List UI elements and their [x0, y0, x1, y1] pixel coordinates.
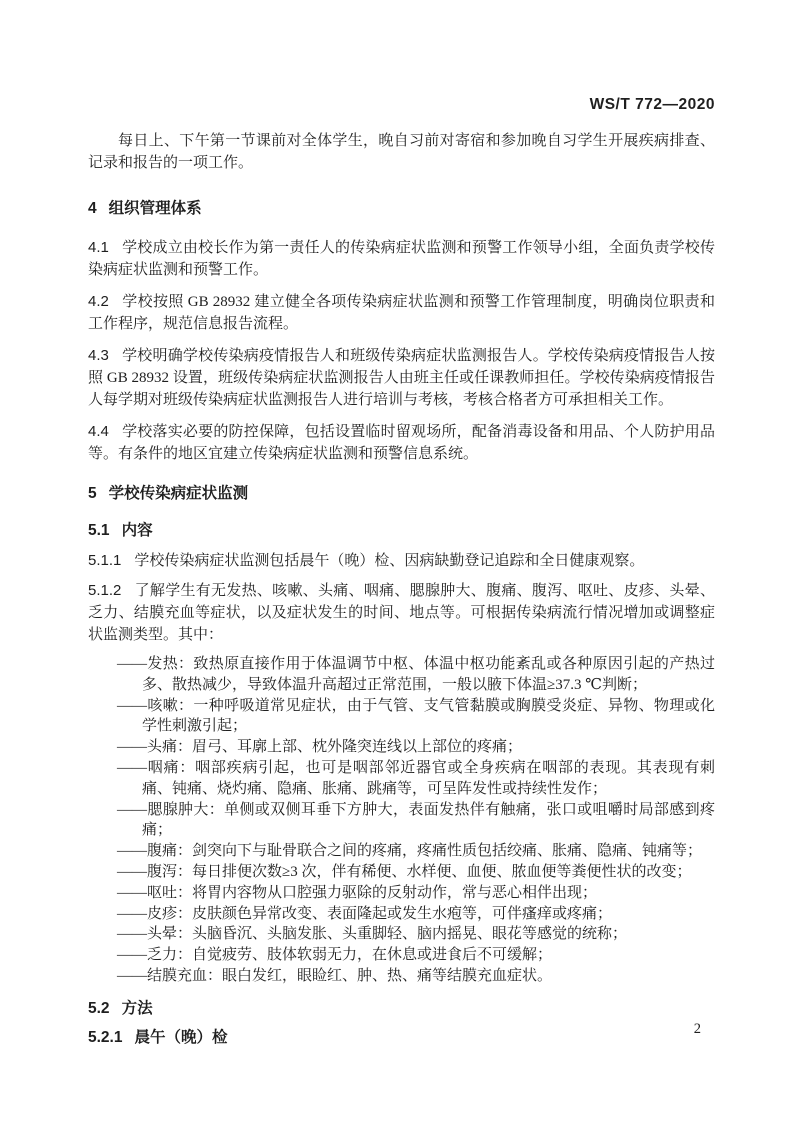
symptom-item-headache: ——头痛：眉弓、耳廓上部、枕外隆突连线以上部位的疼痛；: [117, 737, 715, 758]
symptom-item-rash: ——皮疹：皮肤颜色异常改变、表面隆起或发生水疱等，可伴瘙痒或疼痛；: [117, 904, 715, 925]
section-title: 内容: [122, 522, 153, 539]
clause-text: 了解学生有无发热、咳嗽、头痛、咽痛、腮腺肿大、腹痛、腹泻、呕吐、皮疹、头晕、乏力…: [88, 583, 715, 643]
symptom-item-dizziness: ——头晕：头脑昏沉、头脑发胀、头重脚轻、脑内摇晃、眼花等感觉的统称；: [117, 924, 715, 945]
clause-text: 学校明确学校传染病疫情报告人和班级传染病症状监测报告人。学校传染病疫情报告人按照…: [88, 348, 715, 408]
clause-text: 学校落实必要的防控保障，包括设置临时留观场所，配备消毒设备和用品、个人防护用品等…: [88, 424, 715, 462]
symptom-item-fatigue: ——乏力：自觉疲劳、肢体软弱无力，在休息或进食后不可缓解；: [117, 945, 715, 966]
section-heading-5-1: 5.1内容: [88, 520, 715, 542]
symptom-item-diarrhea: ——腹泻：每日排便次数≥3 次，伴有稀便、水样便、血便、脓血便等粪便性状的改变；: [117, 862, 715, 883]
clause-number: 4.2: [88, 293, 109, 310]
document-page: WS/T 772—2020 每日上、下午第一节课前对全体学生，晚自习前对寄宿和参…: [0, 0, 793, 1122]
section-title: 晨午（晚）检: [134, 1029, 227, 1046]
clause-number: 5.1.2: [88, 582, 121, 599]
clause-4-3: 4.3学校明确学校传染病疫情报告人和班级传染病症状监测报告人。学校传染病疫情报告…: [88, 345, 715, 411]
doc-code-header: WS/T 772—2020: [88, 94, 715, 116]
section-title: 学校传染病症状监测: [109, 485, 249, 502]
clause-text: 学校按照 GB 28932 建立健全各项传染病症状监测和预警工作管理制度，明确岗…: [88, 294, 715, 332]
symptom-definition-list: ——发热：致热原直接作用于体温调节中枢、体温中枢功能紊乱或各种原因引起的产热过多…: [88, 654, 715, 987]
section-number: 5: [88, 485, 97, 502]
section-title: 组织管理体系: [109, 200, 202, 217]
section-number: 5.1: [88, 522, 110, 539]
clause-5-1-2: 5.1.2了解学生有无发热、咳嗽、头痛、咽痛、腮腺肿大、腹痛、腹泻、呕吐、皮疹、…: [88, 580, 715, 646]
section-number: 5.2: [88, 1000, 110, 1017]
symptom-item-cough: ——咳嗽：一种呼吸道常见症状，由于气管、支气管黏膜或胸膜受炎症、异物、物理或化学…: [117, 696, 715, 738]
section-heading-5: 5学校传染病症状监测: [88, 483, 715, 505]
clause-4-1: 4.1学校成立由校长作为第一责任人的传染病症状监测和预警工作领导小组，全面负责学…: [88, 237, 715, 281]
symptom-item-abdominal-pain: ——腹痛：剑突向下与耻骨联合之间的疼痛，疼痛性质包括绞痛、胀痛、隐痛、钝痛等；: [117, 841, 715, 862]
section-number: 5.2.1: [88, 1029, 122, 1046]
symptom-item-fever: ——发热：致热原直接作用于体温调节中枢、体温中枢功能紊乱或各种原因引起的产热过多…: [117, 654, 715, 696]
page-number: 2: [694, 1018, 701, 1040]
symptom-item-conjunctival-congestion: ——结膜充血：眼白发红，眼睑红、肿、热、痛等结膜充血症状。: [117, 966, 715, 987]
clause-number: 4.1: [88, 239, 109, 256]
intro-paragraph: 每日上、下午第一节课前对全体学生，晚自习前对寄宿和参加晚自习学生开展疾病排查、记…: [88, 130, 715, 174]
symptom-item-sore-throat: ——咽痛：咽部疾病引起，也可是咽部邻近器官或全身疾病在咽部的表现。其表现有刺痛、…: [117, 758, 715, 800]
section-heading-5-2-1: 5.2.1晨午（晚）检: [88, 1027, 715, 1049]
clause-text: 学校成立由校长作为第一责任人的传染病症状监测和预警工作领导小组，全面负责学校传染…: [88, 240, 715, 278]
section-heading-5-2: 5.2方法: [88, 998, 715, 1020]
page-content: WS/T 772—2020 每日上、下午第一节课前对全体学生，晚自习前对寄宿和参…: [88, 0, 715, 1049]
section-heading-4: 4组织管理体系: [88, 198, 715, 220]
clause-5-1-1: 5.1.1学校传染病症状监测包括晨午（晚）检、因病缺勤登记追踪和全日健康观察。: [88, 550, 715, 572]
clause-number: 5.1.1: [88, 552, 121, 569]
clause-text: 学校传染病症状监测包括晨午（晚）检、因病缺勤登记追踪和全日健康观察。: [134, 553, 644, 569]
symptom-item-parotid-swelling: ——腮腺肿大：单侧或双侧耳垂下方肿大，表面发热伴有触痛，张口或咀嚼时局部感到疼痛…: [117, 800, 715, 842]
clause-4-2: 4.2学校按照 GB 28932 建立健全各项传染病症状监测和预警工作管理制度，…: [88, 291, 715, 335]
clause-4-4: 4.4学校落实必要的防控保障，包括设置临时留观场所，配备消毒设备和用品、个人防护…: [88, 421, 715, 465]
symptom-item-vomiting: ——呕吐：将胃内容物从口腔强力驱除的反射动作，常与恶心相伴出现；: [117, 883, 715, 904]
section-title: 方法: [122, 1000, 153, 1017]
clause-number: 4.4: [88, 423, 109, 440]
clause-number: 4.3: [88, 347, 109, 364]
section-number: 4: [88, 200, 97, 217]
